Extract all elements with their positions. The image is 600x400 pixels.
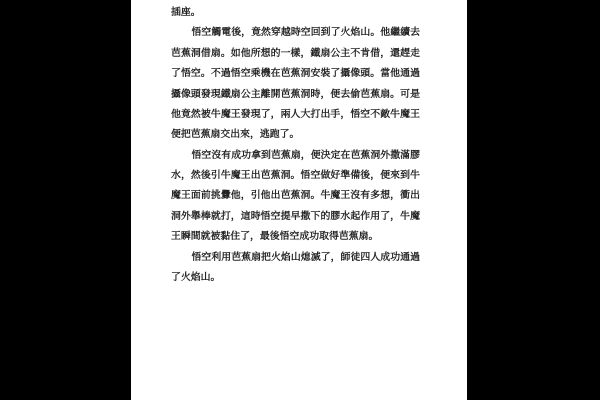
text-line: 魔王面前挑釁他，引他出芭蕉洞。牛魔王沒有多想，衝出	[171, 186, 420, 206]
text-line: 插座。	[171, 3, 420, 23]
text-line: 王瞬間就被黏住了，最後悟空成功取得芭蕉扇。	[171, 227, 420, 247]
text-block: 插座。悟空觸電後，竟然穿越時空回到了火焰山。他繼續去芭蕉洞借扇。如他所想的一樣，…	[131, 0, 467, 288]
letterbox-right	[467, 0, 600, 400]
document-page: 插座。悟空觸電後，竟然穿越時空回到了火焰山。他繼續去芭蕉洞借扇。如他所想的一樣，…	[131, 0, 467, 400]
text-line: 悟空利用芭蕉扇把火焰山熄滅了，師徒四人成功通過	[171, 248, 420, 268]
text-line: 芭蕉洞借扇。如他所想的一樣，鐵扇公主不肯借，還趕走	[171, 44, 420, 64]
text-line: 洞外舉棒就打，這時悟空提早撒下的膠水起作用了，牛魔	[171, 207, 420, 227]
text-line: 水，然後引牛魔王出芭蕉洞。悟空做好準備後，便來到牛	[171, 166, 420, 186]
text-line: 悟空沒有成功拿到芭蕉扇，便決定在芭蕉洞外撒滿膠	[171, 146, 420, 166]
text-line: 他竟然被牛魔王發現了，兩人大打出手，悟空不敵牛魔王	[171, 105, 420, 125]
text-line: 悟空觸電後，竟然穿越時空回到了火焰山。他繼續去	[171, 23, 420, 43]
text-line: 攝像頭發現鐵扇公主離開芭蕉洞時，便去偷芭蕉扇。可是	[171, 85, 420, 105]
letterbox-left	[0, 0, 131, 400]
text-line: 了悟空。不過悟空乘機在芭蕉洞安裝了攝像頭。當他通過	[171, 64, 420, 84]
text-line: 了火焰山。	[171, 268, 420, 288]
viewer-stage: 插座。悟空觸電後，竟然穿越時空回到了火焰山。他繼續去芭蕉洞借扇。如他所想的一樣，…	[0, 0, 600, 400]
text-line: 便把芭蕉扇交出來，逃跑了。	[171, 125, 420, 145]
